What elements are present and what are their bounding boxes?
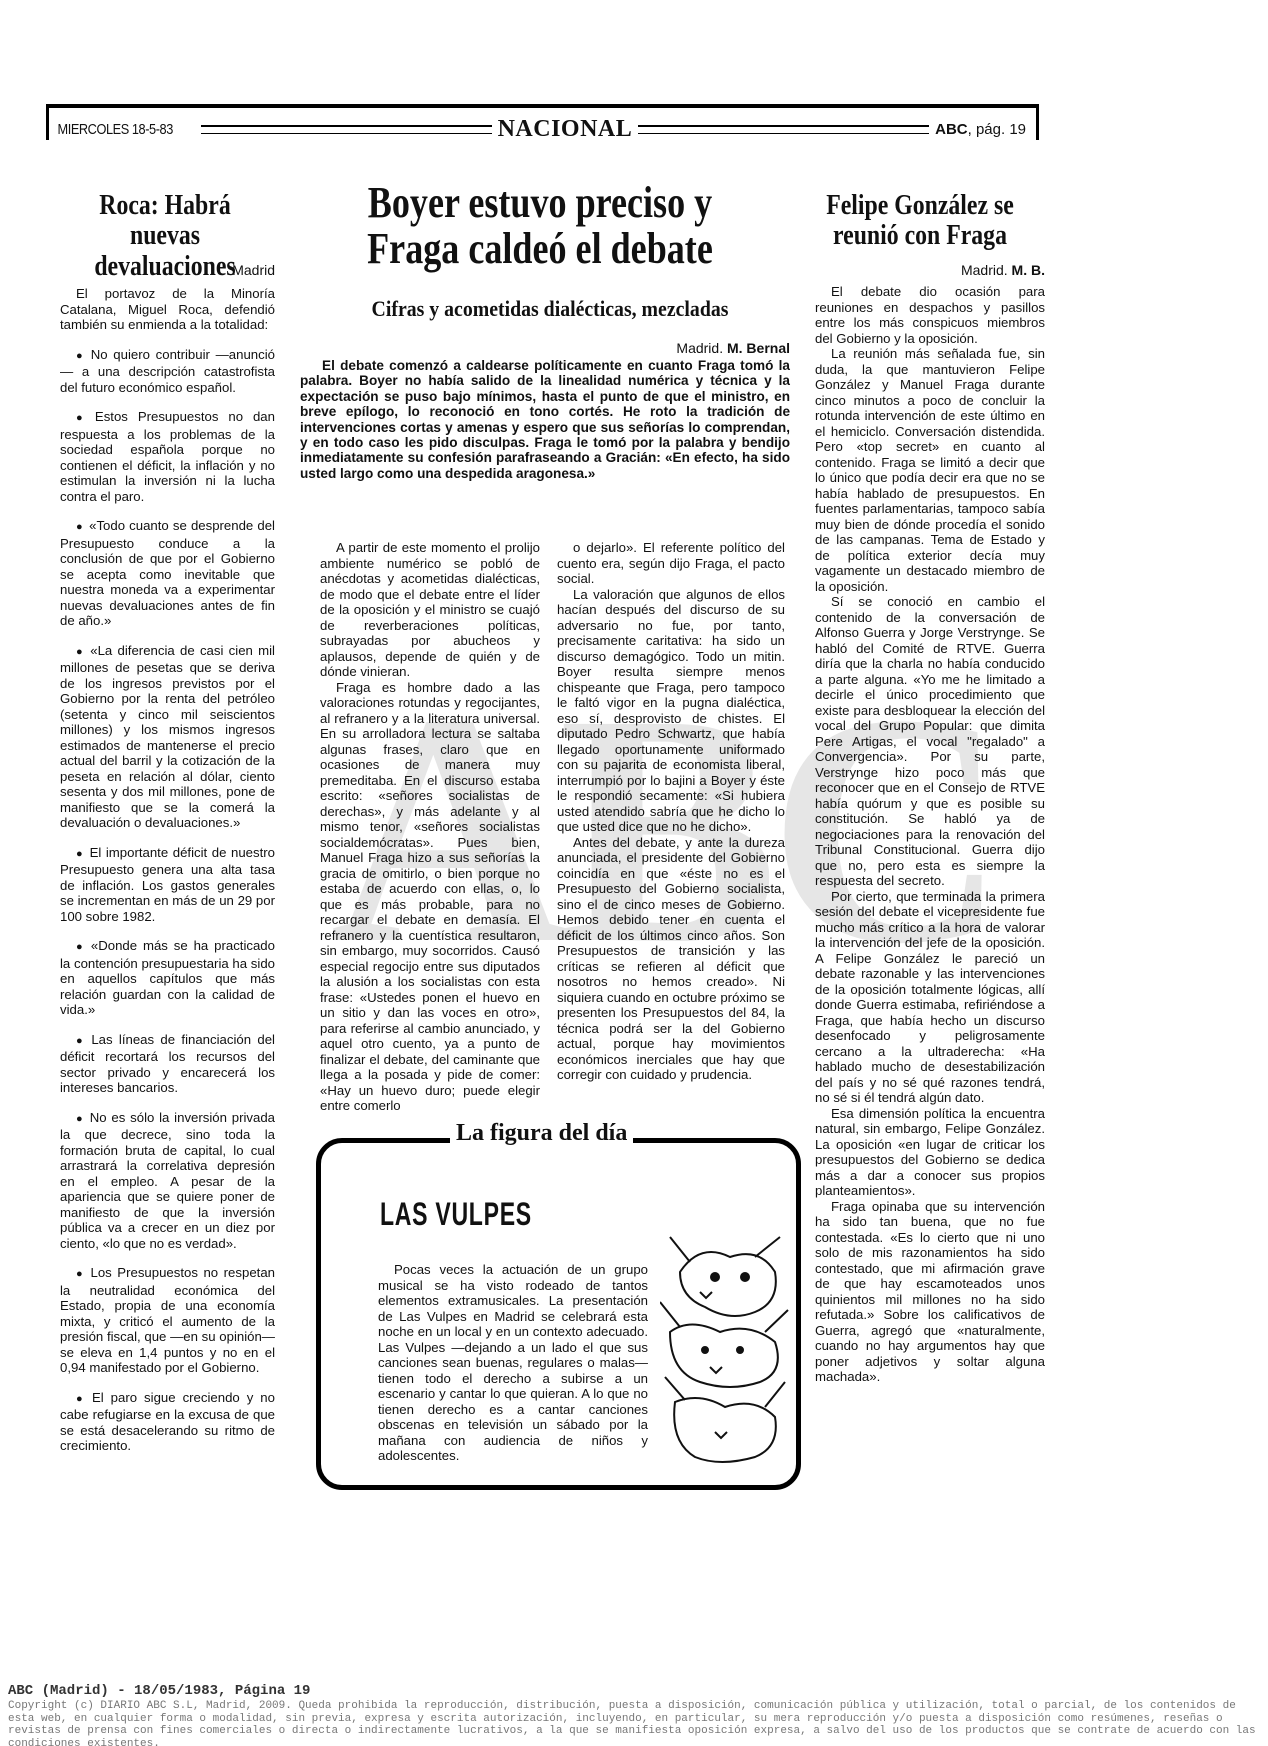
body-paragraph: Esa dimensión política la encuentra natu…	[815, 1106, 1045, 1199]
bullet-paragraph: No es sólo la inversión privada la que d…	[60, 1110, 275, 1252]
main-article-dateline: Madrid. M. Bernal	[600, 340, 790, 356]
right-article-body: El debate dio ocasión para reuniones en …	[815, 284, 1045, 1385]
right-article-headline: Felipe González se reunió con Fraga	[813, 190, 1026, 251]
masthead-rule-right	[638, 125, 929, 134]
left-article-intro: El portavoz de la Minoría Catalana, Migu…	[60, 286, 275, 333]
bullet-paragraph: El importante déficit de nuestro Presupu…	[60, 845, 275, 925]
dateline-city: Madrid.	[676, 340, 723, 356]
main-article-lead: El debate comenzó a caldearse políticame…	[300, 358, 790, 481]
footer-source-title: ABC (Madrid) - 18/05/1983, Página 19	[8, 1683, 310, 1699]
page-masthead: MIERCOLES 18-5-83 NACIONAL ABC, pág. 19	[46, 104, 1039, 140]
footer-copyright: Copyright (c) DIARIO ABC S.L, Madrid, 20…	[8, 1700, 1268, 1746]
main-article-column-2: o dejarlo». El referente político del cu…	[557, 540, 785, 1083]
bullet-paragraph: Los Presupuestos no respetan la neutrali…	[60, 1265, 275, 1376]
body-paragraph: Sí se conoció en cambio el contenido de …	[815, 594, 1045, 889]
body-paragraph: Fraga es hombre dado a las valoraciones …	[320, 680, 540, 1114]
left-article-body: El portavoz de la Minoría Catalana, Migu…	[60, 286, 275, 1454]
body-paragraph: Antes del debate, y ante la dureza anunc…	[557, 835, 785, 1083]
bullet-paragraph: Estos Presupuestos no dan respuesta a lo…	[60, 409, 275, 504]
left-article-dateline: Madrid	[60, 262, 275, 278]
body-paragraph: Fraga opinaba que su intervención ha sid…	[815, 1199, 1045, 1385]
body-paragraph: Por cierto, que terminada la primera ses…	[815, 889, 1045, 1106]
page-label: pág. 19	[976, 121, 1026, 138]
bullet-paragraph: El paro sigue creciendo y no cabe refugi…	[60, 1390, 275, 1454]
left-article: Madrid El portavoz de la Minoría Catalan…	[60, 262, 275, 1454]
right-article: Madrid. M. B. El debate dio ocasión para…	[815, 262, 1045, 1385]
dateline-city: Madrid.	[961, 262, 1008, 278]
body-paragraph: La valoración que algunos de ellos hacía…	[557, 587, 785, 835]
bullet-paragraph: No quiero contribuir —anunció— a una des…	[60, 347, 275, 396]
main-article-column-1: A partir de este momento el prolijo ambi…	[320, 540, 540, 1114]
fox-illustration-icon	[660, 1232, 790, 1472]
body-paragraph: Pocas veces la actuación de un grupo mus…	[378, 1262, 648, 1464]
figura-del-dia-title: La figura del día	[450, 1120, 633, 1147]
main-article-headline: Boyer estuvo preciso y Fraga caldeó el d…	[319, 180, 762, 272]
body-paragraph: A partir de este momento el prolijo ambi…	[320, 540, 540, 680]
byline: M. B.	[1012, 262, 1045, 278]
main-article-subheadline: Cifras y acometidas dialécticas, mezclad…	[325, 296, 775, 322]
byline: M. Bernal	[727, 340, 790, 356]
figura-del-dia-body: Pocas veces la actuación de un grupo mus…	[378, 1262, 648, 1464]
body-paragraph: La reunión más señalada fue, sin duda, l…	[815, 346, 1045, 594]
bullet-paragraph: «Todo cuanto se desprende del Presupuest…	[60, 518, 275, 629]
bullet-paragraph: «La diferencia de casi cien mil millones…	[60, 643, 275, 831]
bullet-paragraph: Las líneas de financiación del déficit r…	[60, 1032, 275, 1096]
lead-paragraph: El debate comenzó a caldearse políticame…	[300, 358, 790, 481]
body-paragraph: El debate dio ocasión para reuniones en …	[815, 284, 1045, 346]
masthead-rule-left	[201, 125, 492, 134]
issue-date: MIERCOLES 18-5-83	[49, 121, 173, 138]
right-article-dateline: Madrid. M. B.	[815, 262, 1045, 278]
page-number: ABC, pág. 19	[935, 121, 1036, 138]
bullet-paragraph: «Donde más se ha practicado la contenció…	[60, 938, 275, 1018]
section-title: NACIONAL	[498, 116, 633, 143]
figura-del-dia-name: LAS VULPES	[380, 1196, 532, 1233]
publication-name: ABC	[935, 121, 968, 138]
body-paragraph: o dejarlo». El referente político del cu…	[557, 540, 785, 587]
